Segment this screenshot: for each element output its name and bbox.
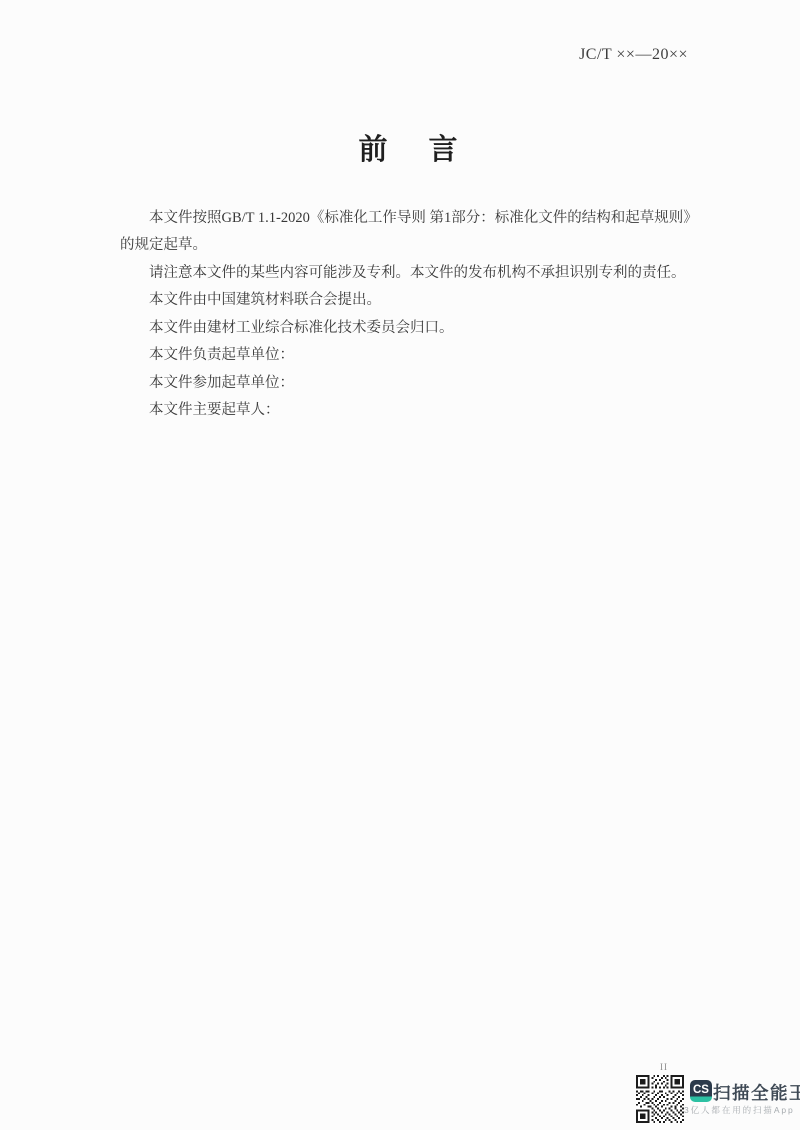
body-text: 本文件按照GB/T 1.1-2020《标准化工作导则 第1部分：标准化文件的结构… <box>120 205 680 425</box>
qr-code-icon <box>636 1075 684 1123</box>
body-line: 的规定起草。 <box>120 232 680 259</box>
camscanner-tagline: 3亿人都在用的扫描App <box>684 1104 795 1116</box>
body-line: 请注意本文件的某些内容可能涉及专利。本文件的发布机构不承担识别专利的责任。 <box>120 260 680 287</box>
page-title: 前 言 <box>8 127 800 168</box>
camscanner-app-name: 扫描全能王 <box>713 1080 800 1105</box>
document-page: JC/T ××—20×× 前 言 本文件按照GB/T 1.1-2020《标准化工… <box>0 0 800 1130</box>
page-number: II <box>660 1062 668 1072</box>
body-line: 本文件参加起草单位： <box>120 370 680 397</box>
doc-code: JC/T ××—20×× <box>579 46 688 64</box>
body-line: 本文件主要起草人： <box>120 397 680 424</box>
camscanner-logo-icon: CS <box>690 1080 712 1102</box>
body-line: 本文件由中国建筑材料联合会提出。 <box>120 287 680 314</box>
body-line: 本文件负责起草单位： <box>120 342 680 369</box>
body-line: 本文件由建材工业综合标准化技术委员会归口。 <box>120 315 680 342</box>
body-line: 本文件按照GB/T 1.1-2020《标准化工作导则 第1部分：标准化文件的结构… <box>120 205 680 232</box>
